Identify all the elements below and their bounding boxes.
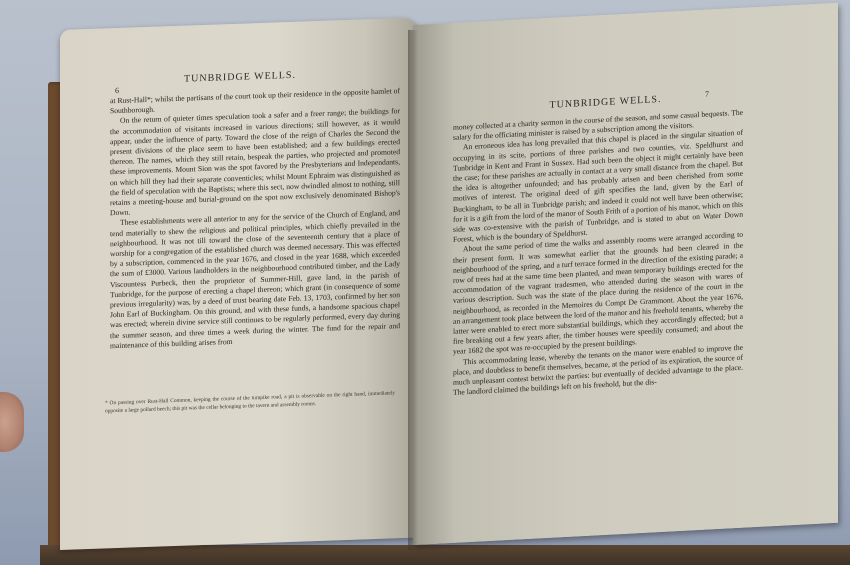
paragraph: These establishments were all anterior t…	[110, 209, 400, 352]
holding-thumb	[0, 392, 24, 452]
right-page-number: 7	[705, 89, 709, 98]
right-page: 7 TUNBRIDGE WELLS. money collected at a …	[413, 3, 838, 545]
book-cover-bottom-edge	[40, 545, 850, 565]
paragraph: On the return of quieter times speculati…	[110, 107, 400, 219]
paragraph: An erroneous idea has long prevailed tha…	[453, 128, 743, 245]
left-page-body: at Rust-Hall*; whilst the partisans of t…	[110, 86, 400, 351]
paragraph: About the same period of time the walks …	[453, 230, 743, 357]
left-running-head: TUNBRIDGE WELLS.	[60, 65, 420, 89]
book-gutter	[408, 30, 418, 550]
left-page: 6 TUNBRIDGE WELLS. at Rust-Hall*; whilst…	[60, 17, 420, 550]
right-page-body: money collected at a charity sermon in t…	[453, 108, 743, 399]
left-page-footnote: * On passing over Rust-Hall Common, keep…	[105, 390, 395, 415]
left-page-number: 6	[115, 86, 119, 95]
